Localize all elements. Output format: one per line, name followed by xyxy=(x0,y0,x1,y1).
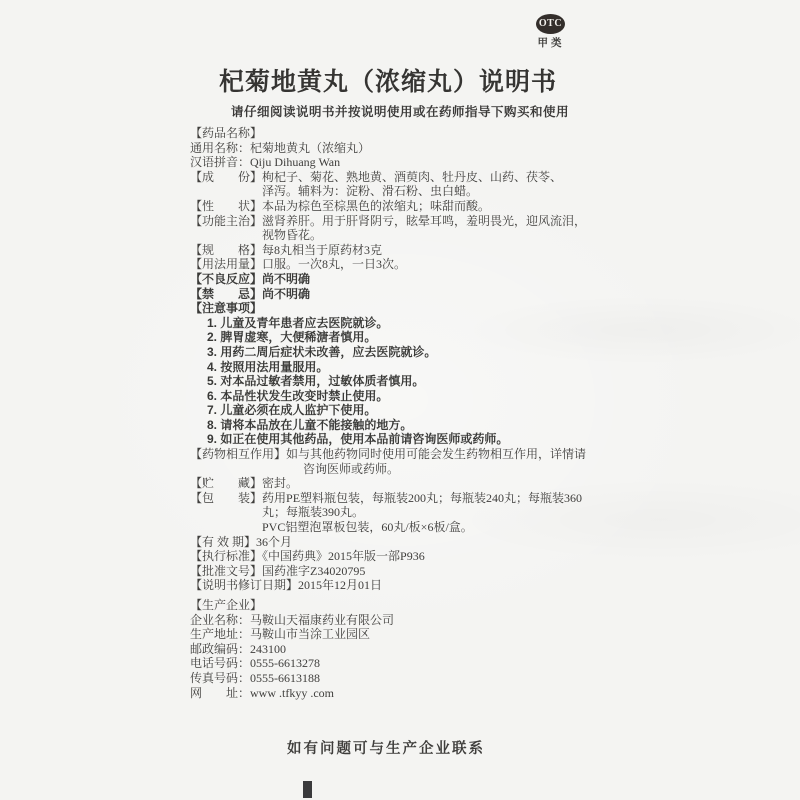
drug-interactions-continued: 咨询医师或药师。 xyxy=(190,462,554,477)
section-label: 【药品名称】 xyxy=(190,126,262,140)
precaution-item-2: 2. 脾胃虚寒，大便稀溏者慎用。 xyxy=(190,330,554,345)
section-label: 【注意事项】 xyxy=(190,301,262,315)
usage-advisory-subtitle: 请仔细阅读说明书并按说明使用或在药师指导下购买和使用 xyxy=(0,102,800,120)
ingredients-continued: 泽泻。辅料为：淀粉、滑石粉、虫白蜡。 xyxy=(190,184,554,199)
fax-number: 传真号码：0555-6613188 xyxy=(190,671,554,686)
pinyin-name: 汉语拼音：Qiju Dihuang Wan xyxy=(190,155,554,170)
section-label: 【包 装】 xyxy=(190,491,262,505)
manufacturer-name: 企业名称：马鞍山天福康药业有限公司 xyxy=(190,613,554,628)
precaution-item-6: 6. 本品性状发生改变时禁止使用。 xyxy=(190,389,554,404)
section-indications: 【功能主治】滋肾养肝。用于肝肾阴亏，眩晕耳鸣，羞明畏光，迎风流泪， xyxy=(190,214,554,229)
section-label: 【用法用量】 xyxy=(190,257,262,271)
section-label: 【生产企业】 xyxy=(190,598,262,612)
precaution-item-7: 7. 儿童必须在成人监护下使用。 xyxy=(190,403,554,418)
section-label: 【规 格】 xyxy=(190,243,262,257)
section-label: 【成 份】 xyxy=(190,170,262,184)
section-ingredients: 【成 份】枸杞子、菊花、熟地黄、酒萸肉、牡丹皮、山药、茯苓、 xyxy=(190,170,554,185)
section-label: 【贮 藏】 xyxy=(190,476,262,490)
section-label: 【功能主治】 xyxy=(190,214,262,228)
section-precautions: 【注意事项】 xyxy=(190,301,554,316)
postal-code: 邮政编码：243100 xyxy=(190,642,554,657)
otc-category-label: 甲类 xyxy=(526,35,576,50)
precaution-item-4: 4. 按照用法用量服用。 xyxy=(190,360,554,375)
section-revision-date: 【说明书修订日期】2015年12月01日 xyxy=(190,578,554,593)
packaging-continued-2: PVC铝塑泡罩板包装，60丸/板×6板/盒。 xyxy=(190,520,554,535)
section-drug-interactions: 【药物相互作用】如与其他药物同时使用可能会发生药物相互作用，详情请 xyxy=(190,447,554,462)
section-dosage: 【用法用量】口服。一次8丸，一日3次。 xyxy=(190,257,554,272)
precaution-item-3: 3. 用药二周后症状未改善，应去医院就诊。 xyxy=(190,345,554,360)
section-standard: 【执行标准】《中国药典》2015年版一部P936 xyxy=(190,549,554,564)
section-label: 【药物相互作用】 xyxy=(190,447,286,461)
footer-contact-note: 如有问题可与生产企业联系 xyxy=(0,737,786,758)
print-registration-mark xyxy=(303,781,312,798)
generic-name: 通用名称：杞菊地黄丸（浓缩丸） xyxy=(190,141,554,156)
phone-number: 电话号码：0555-6613278 xyxy=(190,656,554,671)
precaution-item-5: 5. 对本品过敏者禁用，过敏体质者慎用。 xyxy=(190,374,554,389)
section-label: 【说明书修订日期】 xyxy=(190,578,298,592)
page-title: 杞菊地黄丸（浓缩丸）说明书 xyxy=(0,62,788,98)
section-description: 【性 状】本品为棕色至棕黑色的浓缩丸；味甜而酸。 xyxy=(190,199,554,214)
section-adverse-reactions: 【不良反应】尚不明确 xyxy=(190,272,554,287)
manufacturer-address: 生产地址：马鞍山市当涂工业园区 xyxy=(190,627,554,642)
precaution-item-9: 9. 如正在使用其他药品，使用本品前请咨询医师或药师。 xyxy=(190,432,554,447)
package-insert-page: OTC 甲类 杞菊地黄丸（浓缩丸）说明书 请仔细阅读说明书并按说明使用或在药师指… xyxy=(0,0,800,800)
packaging-continued-1: 丸；每瓶装390丸。 xyxy=(190,505,554,520)
section-label: 【禁 忌】 xyxy=(190,287,262,301)
section-validity: 【有 效 期】36个月 xyxy=(190,535,554,550)
section-label: 【批准文号】 xyxy=(190,564,262,578)
otc-logo-text: OTC xyxy=(539,18,562,29)
section-label: 【执行标准】 xyxy=(190,549,262,563)
section-manufacturer: 【生产企业】 xyxy=(190,598,554,613)
indications-continued: 视物昏花。 xyxy=(190,228,554,243)
precaution-item-1: 1. 儿童及青年患者应去医院就诊。 xyxy=(190,316,554,331)
website: 网 址：www .tfkyy .com xyxy=(190,686,554,701)
section-label: 【有 效 期】 xyxy=(190,535,256,549)
section-storage: 【贮 藏】密封。 xyxy=(190,476,554,491)
otc-logo: OTC xyxy=(536,14,565,34)
section-specification: 【规 格】每8丸相当于原药材3克 xyxy=(190,243,554,258)
section-packaging: 【包 装】药用PE塑料瓶包装，每瓶装200丸；每瓶装240丸；每瓶装360 xyxy=(190,491,554,506)
section-label: 【不良反应】 xyxy=(190,272,262,286)
precaution-item-8: 8. 请将本品放在儿童不能接触的地方。 xyxy=(190,418,554,433)
section-label: 【性 状】 xyxy=(190,199,262,213)
section-approval-number: 【批准文号】国药准字Z34020795 xyxy=(190,564,554,579)
section-drug-name: 【药品名称】 xyxy=(190,126,554,141)
section-contraindications: 【禁 忌】尚不明确 xyxy=(190,287,554,302)
insert-body: 【药品名称】 通用名称：杞菊地黄丸（浓缩丸） 汉语拼音：Qiju Dihuang… xyxy=(190,126,554,700)
